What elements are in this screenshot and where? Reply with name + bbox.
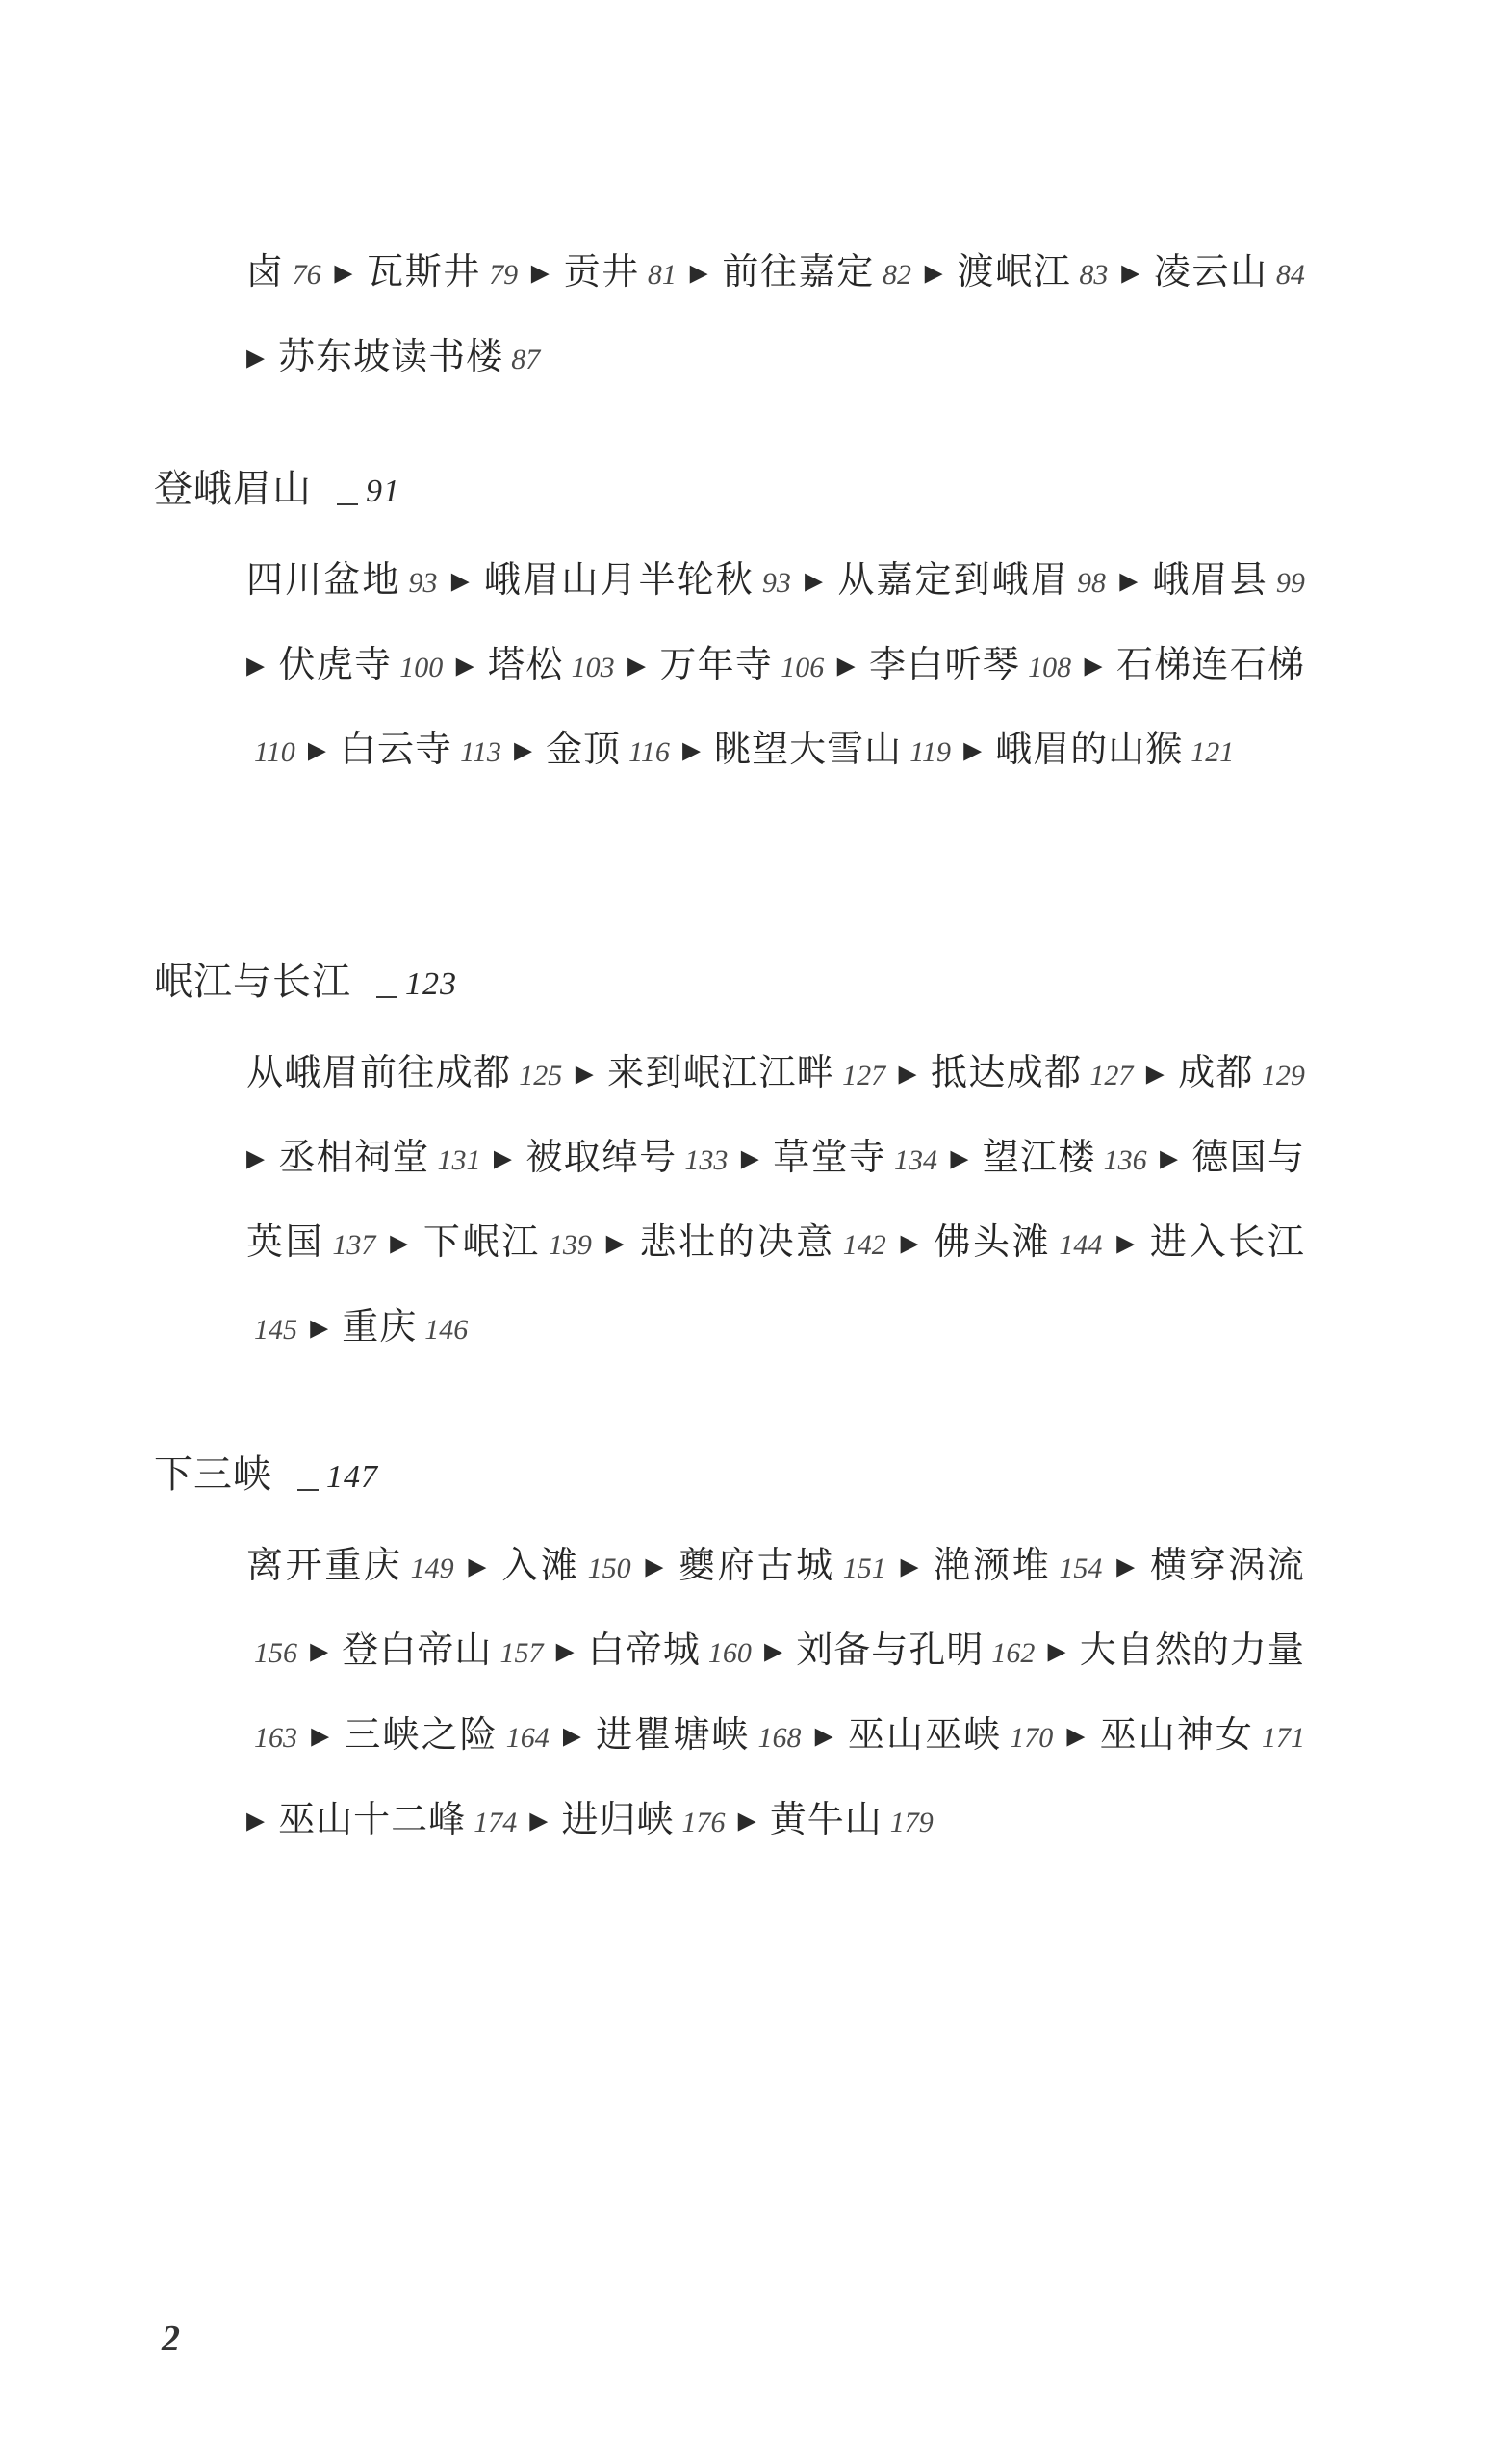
toc-entry[interactable]: 黄牛山179	[770, 1798, 934, 1840]
triangle-right-icon: ▸	[901, 1544, 920, 1586]
entry-title: 塔松	[488, 643, 564, 685]
entry-title: 进归峡	[561, 1798, 674, 1840]
toc-entry[interactable]: 三峡之险164	[344, 1713, 549, 1756]
triangle-right-icon: ▸	[308, 728, 327, 770]
toc-entry-list: 从峨眉前往成都125 ▸ 来到岷江江畔127 ▸ 抵达成都127 ▸ 成都129…	[246, 1032, 1305, 1371]
entry-page-number: 162	[991, 1637, 1035, 1669]
entry-page-number: 108	[1028, 652, 1071, 683]
triangle-right-icon: ▸	[805, 558, 824, 601]
toc-section-climb-emei: 登峨眉山91 四川盆地93 ▸ 峨眉山月半轮秋93 ▸ 从嘉定到峨眉98 ▸ 峨…	[154, 460, 1305, 793]
entry-title: 登白帝山	[342, 1629, 492, 1671]
toc-entry[interactable]: 万年寺106	[659, 643, 824, 685]
toc-entry[interactable]: 巫山神女171	[1100, 1713, 1305, 1756]
entry-title: 峨眉山月半轮秋	[484, 558, 755, 601]
entry-page-number: 127	[842, 1060, 885, 1091]
toc-entry[interactable]: 来到岷江江畔127	[607, 1051, 885, 1093]
toc-entry[interactable]: 登白帝山157	[342, 1629, 543, 1671]
entry-title: 离开重庆	[246, 1544, 403, 1586]
entry-page-number: 99	[1276, 567, 1305, 599]
entry-page-number: 146	[424, 1314, 468, 1346]
dash-separator	[376, 996, 397, 998]
entry-title: 石梯连石梯	[1116, 643, 1305, 685]
toc-entry[interactable]: 李白听琴108	[869, 643, 1071, 685]
toc-page: 卤76 ▸ 瓦斯井79 ▸ 贡井81 ▸ 前往嘉定82 ▸ 渡岷江83 ▸ 凌云…	[0, 0, 1485, 2464]
toc-entry[interactable]: 滟滪堆154	[934, 1544, 1102, 1586]
entry-title: 巫山神女	[1100, 1713, 1254, 1756]
triangle-right-icon: ▸	[645, 1544, 664, 1586]
entry-title: 佛头滩	[934, 1220, 1051, 1263]
entry-title: 刘备与孔明	[796, 1629, 984, 1671]
entry-page-number: 156	[254, 1637, 297, 1669]
entry-page-number: 149	[411, 1553, 454, 1584]
entry-page-number: 113	[460, 736, 501, 768]
toc-entry[interactable]: 悲壮的决意142	[639, 1220, 885, 1263]
entry-page-number: 157	[499, 1637, 543, 1669]
section-page-number: 147	[326, 1459, 378, 1495]
triangle-right-icon: ▸	[310, 1305, 329, 1347]
toc-entry[interactable]: 峨眉县99	[1153, 558, 1305, 601]
triangle-right-icon: ▸	[563, 1713, 582, 1756]
entry-page-number: 171	[1262, 1722, 1305, 1754]
triangle-right-icon: ▸	[556, 1629, 576, 1671]
toc-entry[interactable]: 从嘉定到峨眉98	[837, 558, 1106, 601]
section-page-number: 91	[366, 474, 400, 509]
entry-page-number: 154	[1059, 1553, 1102, 1584]
toc-entry[interactable]: 刘备与孔明162	[796, 1629, 1035, 1671]
toc-entry[interactable]: 塔松103	[488, 643, 615, 685]
toc-entry[interactable]: 望江楼136	[983, 1136, 1147, 1178]
triangle-right-icon: ▸	[246, 643, 266, 685]
triangle-right-icon: ▸	[246, 1136, 266, 1178]
toc-entry-list: 卤76 ▸ 瓦斯井79 ▸ 贡井81 ▸ 前往嘉定82 ▸ 渡岷江83 ▸ 凌云…	[246, 231, 1305, 400]
toc-section-minjiang-yangtze: 岷江与长江123 从峨眉前往成都125 ▸ 来到岷江江畔127 ▸ 抵达成都12…	[154, 953, 1305, 1371]
entry-title: 夔府古城	[678, 1544, 835, 1586]
entry-title: 黄牛山	[770, 1798, 883, 1840]
entry-page-number: 174	[474, 1807, 517, 1838]
toc-entry[interactable]: 贡井81	[564, 250, 677, 293]
entry-page-number: 129	[1262, 1060, 1305, 1091]
page-number: 2	[162, 2318, 180, 2360]
toc-entry[interactable]: 重庆146	[342, 1305, 468, 1347]
entry-title: 丞相祠堂	[278, 1136, 429, 1178]
section-heading[interactable]: 登峨眉山91	[154, 460, 1305, 518]
toc-entry[interactable]: 凌云山84	[1154, 250, 1305, 293]
toc-entry[interactable]: 进瞿塘峡168	[596, 1713, 801, 1756]
entry-title: 滟滪堆	[934, 1544, 1051, 1586]
toc-entry[interactable]: 前往嘉定82	[722, 250, 911, 293]
entry-title: 李白听琴	[869, 643, 1020, 685]
triangle-right-icon: ▸	[738, 1798, 757, 1840]
triangle-right-icon: ▸	[456, 643, 475, 685]
entry-title: 伏虎寺	[278, 643, 392, 685]
entry-page-number: 134	[894, 1144, 937, 1176]
entry-page-number: 142	[843, 1229, 886, 1261]
toc-entry[interactable]: 金顶116	[546, 728, 670, 770]
toc-entry-list: 离开重庆149 ▸ 入滩150 ▸ 夔府古城151 ▸ 滟滪堆154 ▸ 横穿涡…	[246, 1525, 1305, 1863]
entry-page-number: 81	[648, 259, 677, 291]
triangle-right-icon: ▸	[950, 1136, 969, 1178]
entry-title: 万年寺	[659, 643, 773, 685]
triangle-right-icon: ▸	[514, 728, 533, 770]
entry-title: 重庆	[342, 1305, 417, 1347]
toc-entry[interactable]: 夔府古城151	[678, 1544, 886, 1586]
triangle-right-icon: ▸	[1048, 1629, 1067, 1671]
entry-title: 望江楼	[983, 1136, 1096, 1178]
section-heading[interactable]: 下三峡147	[154, 1446, 1305, 1503]
entry-page-number: 125	[519, 1060, 562, 1091]
toc-entry[interactable]: 草堂寺134	[773, 1136, 937, 1178]
entry-page-number: 106	[781, 652, 824, 683]
triangle-right-icon: ▸	[690, 250, 709, 293]
entry-title: 进瞿塘峡	[596, 1713, 750, 1756]
entry-page-number: 136	[1104, 1144, 1147, 1176]
toc-entry[interactable]: 白云寺113	[340, 728, 501, 770]
entry-title: 从峨眉前往成都	[246, 1051, 511, 1093]
entry-title: 渡岷江	[957, 250, 1071, 293]
entry-title: 前往嘉定	[722, 250, 875, 293]
toc-entry[interactable]: 苏东坡读书楼87	[278, 335, 540, 377]
dash-separator	[337, 503, 358, 505]
toc-entry[interactable]: 巫山巫峡170	[848, 1713, 1053, 1756]
toc-entry[interactable]: 峨眉的山猴121	[995, 728, 1234, 770]
section-title: 岷江与长江	[154, 960, 351, 1004]
entry-page-number: 82	[883, 259, 911, 291]
entry-title: 金顶	[546, 728, 621, 770]
entry-title: 苏东坡读书楼	[278, 335, 503, 377]
entry-page-number: 127	[1089, 1060, 1133, 1091]
entry-title: 悲壮的决意	[639, 1220, 834, 1263]
entry-page-number: 137	[332, 1229, 375, 1261]
toc-entry[interactable]: 巫山十二峰174	[278, 1798, 517, 1840]
entry-page-number: 179	[890, 1807, 934, 1838]
entry-page-number: 76	[293, 259, 321, 291]
entry-title: 四川盆地	[246, 558, 400, 601]
triangle-right-icon: ▸	[627, 643, 647, 685]
entry-page-number: 79	[489, 259, 518, 291]
entry-title: 三峡之险	[344, 1713, 498, 1756]
triangle-right-icon: ▸	[390, 1220, 409, 1263]
entry-title: 草堂寺	[773, 1136, 886, 1178]
entry-page-number: 116	[628, 736, 670, 768]
triangle-right-icon: ▸	[682, 728, 702, 770]
entry-title: 白云寺	[340, 728, 452, 770]
triangle-right-icon: ▸	[334, 250, 353, 293]
triangle-right-icon: ▸	[606, 1220, 626, 1263]
entry-page-number: 83	[1079, 259, 1108, 291]
entry-title: 来到岷江江畔	[607, 1051, 834, 1093]
triangle-right-icon: ▸	[1160, 1136, 1179, 1178]
entry-title: 进入长江	[1150, 1220, 1305, 1263]
entry-page-number: 151	[843, 1553, 886, 1584]
triangle-right-icon: ▸	[741, 1136, 760, 1178]
entry-title: 卤	[246, 250, 285, 293]
entry-title: 巫山十二峰	[278, 1798, 466, 1840]
toc-entry[interactable]: 离开重庆149	[246, 1544, 454, 1586]
toc-entry[interactable]: 被取绰号133	[525, 1136, 728, 1178]
triangle-right-icon: ▸	[764, 1629, 783, 1671]
entry-title: 瓦斯井	[367, 250, 481, 293]
entry-page-number: 98	[1077, 567, 1106, 599]
entry-title: 从嘉定到峨眉	[837, 558, 1069, 601]
toc-entry[interactable]: 从峨眉前往成都125	[246, 1051, 562, 1093]
toc-entry[interactable]: 佛头滩144	[934, 1220, 1102, 1263]
entry-title: 眺望大雪山	[714, 728, 902, 770]
entry-title: 入滩	[501, 1544, 579, 1586]
entry-title: 横穿涡流	[1150, 1544, 1305, 1586]
triangle-right-icon: ▸	[246, 1798, 266, 1840]
triangle-right-icon: ▸	[531, 250, 550, 293]
toc-continuation: 卤76 ▸ 瓦斯井79 ▸ 贡井81 ▸ 前往嘉定82 ▸ 渡岷江83 ▸ 凌云…	[246, 231, 1305, 400]
section-title: 下三峡	[154, 1452, 272, 1497]
triangle-right-icon: ▸	[576, 1051, 595, 1093]
entry-page-number: 84	[1276, 259, 1305, 291]
entry-title: 贡井	[564, 250, 640, 293]
entry-title: 成都	[1178, 1051, 1254, 1093]
section-page-number: 123	[405, 966, 457, 1002]
toc-section-three-gorges: 下三峡147 离开重庆149 ▸ 入滩150 ▸ 夔府古城151 ▸ 滟滪堆15…	[154, 1446, 1305, 1863]
triangle-right-icon: ▸	[963, 728, 983, 770]
entry-page-number: 164	[506, 1722, 550, 1754]
triangle-right-icon: ▸	[451, 558, 471, 601]
entry-title: 大自然的力量	[1080, 1629, 1305, 1671]
toc-entry-list: 四川盆地93 ▸ 峨眉山月半轮秋93 ▸ 从嘉定到峨眉98 ▸ 峨眉县99 ▸ …	[246, 539, 1305, 793]
section-title: 登峨眉山	[154, 467, 312, 511]
triangle-right-icon: ▸	[529, 1798, 549, 1840]
triangle-right-icon: ▸	[815, 1713, 834, 1756]
toc-entry[interactable]: 下岷江139	[423, 1220, 592, 1263]
entry-page-number: 100	[399, 652, 443, 683]
entry-page-number: 160	[708, 1637, 752, 1669]
toc-entry[interactable]: 瓦斯井79	[367, 250, 518, 293]
toc-entry[interactable]: 白帝城160	[588, 1629, 752, 1671]
triangle-right-icon: ▸	[1119, 558, 1139, 601]
triangle-right-icon: ▸	[1116, 1544, 1136, 1586]
toc-entry[interactable]: 入滩150	[501, 1544, 630, 1586]
toc-entry[interactable]: 抵达成都127	[931, 1051, 1133, 1093]
entry-title: 峨眉的山猴	[995, 728, 1183, 770]
entry-page-number: 133	[684, 1144, 728, 1176]
entry-page-number: 145	[254, 1314, 297, 1346]
entry-page-number: 168	[758, 1722, 802, 1754]
entry-page-number: 163	[254, 1722, 297, 1754]
entry-page-number: 121	[1191, 736, 1234, 768]
entry-page-number: 131	[438, 1144, 481, 1176]
entry-page-number: 87	[511, 344, 540, 375]
toc-entry[interactable]: 眺望大雪山119	[714, 728, 951, 770]
entry-page-number: 176	[681, 1807, 725, 1838]
entry-title: 下岷江	[423, 1220, 541, 1263]
toc-entry[interactable]: 丞相祠堂131	[278, 1136, 480, 1178]
entry-page-number: 170	[1010, 1722, 1053, 1754]
entry-page-number: 110	[254, 736, 295, 768]
entry-page-number: 150	[588, 1553, 631, 1584]
toc-entry[interactable]: 渡岷江83	[957, 250, 1108, 293]
entry-page-number: 144	[1059, 1229, 1102, 1261]
toc-entry[interactable]: 四川盆地93	[246, 558, 437, 601]
triangle-right-icon: ▸	[1066, 1713, 1086, 1756]
triangle-right-icon: ▸	[246, 335, 266, 377]
toc-entry[interactable]: 峨眉山月半轮秋93	[484, 558, 791, 601]
triangle-right-icon: ▸	[1084, 643, 1103, 685]
dash-separator	[297, 1489, 319, 1491]
toc-entry[interactable]: 进归峡176	[561, 1798, 725, 1840]
toc-entry[interactable]: 成都129	[1178, 1051, 1305, 1093]
triangle-right-icon: ▸	[311, 1713, 330, 1756]
entry-title: 凌云山	[1154, 250, 1268, 293]
entry-title: 被取绰号	[525, 1136, 677, 1178]
entry-page-number: 93	[762, 567, 791, 599]
entry-title: 峨眉县	[1153, 558, 1268, 601]
entry-page-number: 103	[572, 652, 615, 683]
entry-page-number: 119	[909, 736, 951, 768]
triangle-right-icon: ▸	[925, 250, 944, 293]
entry-title: 抵达成都	[931, 1051, 1082, 1093]
triangle-right-icon: ▸	[494, 1136, 513, 1178]
toc-entry[interactable]: 卤76	[246, 250, 321, 293]
triangle-right-icon: ▸	[901, 1220, 920, 1263]
toc-entry[interactable]: 伏虎寺100	[278, 643, 443, 685]
triangle-right-icon: ▸	[837, 643, 857, 685]
section-heading[interactable]: 岷江与长江123	[154, 953, 1305, 1011]
triangle-right-icon: ▸	[1116, 1220, 1136, 1263]
entry-page-number: 139	[549, 1229, 592, 1261]
entry-title: 巫山巫峡	[848, 1713, 1002, 1756]
triangle-right-icon: ▸	[899, 1051, 918, 1093]
triangle-right-icon: ▸	[468, 1544, 487, 1586]
triangle-right-icon: ▸	[310, 1629, 329, 1671]
entry-title: 白帝城	[588, 1629, 701, 1671]
entry-page-number: 93	[408, 567, 437, 599]
triangle-right-icon: ▸	[1146, 1051, 1165, 1093]
triangle-right-icon: ▸	[1121, 250, 1140, 293]
